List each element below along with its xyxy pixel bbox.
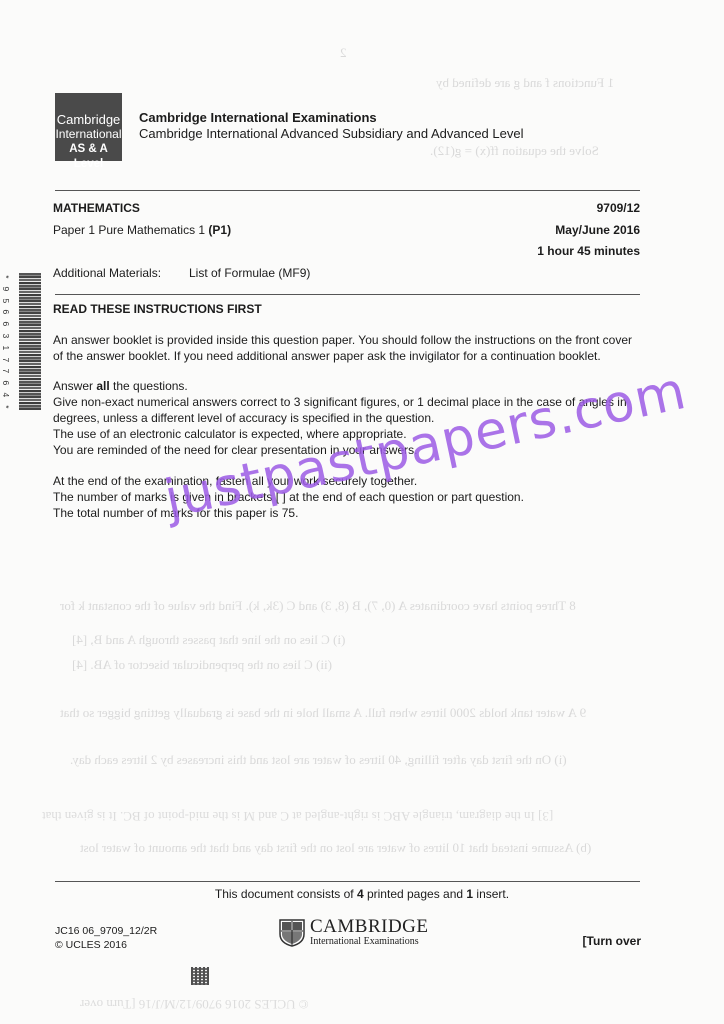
barcode-digit: 7 bbox=[0, 354, 11, 364]
paper-title: Paper 1 Pure Mathematics 1 (P1) bbox=[53, 223, 231, 237]
bleed-through-text: (i) C lies on the line that passes throu… bbox=[72, 632, 345, 648]
instruction-line: An answer booklet is provided inside thi… bbox=[53, 332, 653, 348]
page-count: 4 bbox=[357, 887, 364, 901]
barcode-digit: 7 bbox=[0, 366, 11, 376]
materials-value: List of Formulae (MF9) bbox=[189, 266, 310, 280]
bleed-through-text: (b) Assume instead that 10 litres of wat… bbox=[80, 840, 591, 856]
instruction-text: the questions. bbox=[110, 379, 188, 393]
bleed-through-text: (ii) C lies on the perpendicular bisecto… bbox=[72, 657, 332, 673]
paper-title-text: Paper 1 Pure Mathematics 1 bbox=[53, 223, 208, 237]
bleed-through-text: 9 A water tank holds 2000 litres when fu… bbox=[60, 705, 586, 721]
note-text: This document consists of bbox=[215, 887, 357, 901]
instruction-line: of the answer booklet. If you need addit… bbox=[53, 348, 653, 364]
cambridge-logo: CAMBRIDGE International Examinations bbox=[279, 918, 429, 948]
bleed-through-text: © UCLES 2016 9709/12/M/J/16 [Turn over bbox=[80, 996, 309, 1012]
bleed-through-text: 2 bbox=[340, 45, 347, 61]
org-subtitle: International Examinations bbox=[310, 936, 429, 948]
barcode-digit: 1 bbox=[0, 343, 11, 353]
barcode-number: *9566317764* bbox=[0, 271, 10, 413]
barcode-digit: 6 bbox=[0, 307, 11, 317]
bleed-through-text: 1 Functions f and g are defined by bbox=[436, 75, 614, 91]
qualification-subtitle: Cambridge International Advanced Subsidi… bbox=[139, 126, 523, 141]
barcode-digit: 5 bbox=[0, 295, 11, 305]
document-reference: JC16 06_9709_12/2R © UCLES 2016 bbox=[55, 924, 157, 952]
instructions-heading: READ THESE INSTRUCTIONS FIRST bbox=[53, 302, 262, 316]
barcode-digit: * bbox=[0, 402, 11, 412]
divider-top bbox=[55, 190, 640, 191]
barcode-icon bbox=[19, 273, 41, 410]
barcode-digit: 3 bbox=[0, 331, 11, 341]
paper-code: (P1) bbox=[208, 223, 231, 237]
copyright: © UCLES 2016 bbox=[55, 938, 157, 952]
barcode-digit: * bbox=[0, 272, 11, 282]
logo-line-3: AS & A Level bbox=[55, 142, 122, 172]
instructions-paragraph-1: An answer booklet is provided inside thi… bbox=[53, 332, 653, 364]
cambridge-crest-icon bbox=[279, 919, 305, 947]
note-text: printed pages and bbox=[364, 887, 467, 901]
exam-duration: 1 hour 45 minutes bbox=[537, 244, 640, 258]
exam-board-title: Cambridge International Examinations bbox=[139, 110, 377, 125]
logo-line-2: International bbox=[55, 127, 122, 142]
bleed-through-text: [3] In the diagram, triangle ABC is righ… bbox=[42, 808, 553, 824]
page-count-note: This document consists of 4 printed page… bbox=[0, 887, 724, 901]
divider-footer bbox=[55, 881, 640, 882]
barcode-digit: 9 bbox=[0, 284, 11, 294]
syllabus-code: 9709/12 bbox=[597, 201, 640, 215]
barcode-digit: 6 bbox=[0, 378, 11, 388]
bleed-through-text: (i) On the first day after filling, 40 l… bbox=[70, 752, 567, 768]
divider-instructions bbox=[55, 294, 640, 295]
barcode-digit: 4 bbox=[0, 390, 11, 400]
org-name: CAMBRIDGE bbox=[310, 918, 429, 936]
exam-session: May/June 2016 bbox=[555, 223, 640, 237]
datamatrix-code-icon bbox=[191, 967, 209, 985]
instruction-emphasis: all bbox=[96, 379, 109, 393]
subject-name: MATHEMATICS bbox=[53, 201, 140, 215]
barcode-digit: 6 bbox=[0, 319, 11, 329]
cambridge-as-a-level-logo: Cambridge International AS & A Level bbox=[55, 93, 122, 161]
note-text: insert. bbox=[473, 887, 509, 901]
instruction-line: The total number of marks for this paper… bbox=[53, 505, 653, 521]
logo-line-1: Cambridge bbox=[55, 112, 122, 127]
instruction-text: Answer bbox=[53, 379, 96, 393]
bleed-through-text: 8 Three points have coordinates A (0, 7)… bbox=[60, 598, 576, 614]
reference-code: JC16 06_9709_12/2R bbox=[55, 924, 157, 938]
materials-label: Additional Materials: bbox=[53, 266, 161, 280]
turn-over-label: [Turn over bbox=[583, 934, 641, 948]
bleed-through-text: Solve the equation ff(x) = g(12). bbox=[430, 143, 599, 159]
